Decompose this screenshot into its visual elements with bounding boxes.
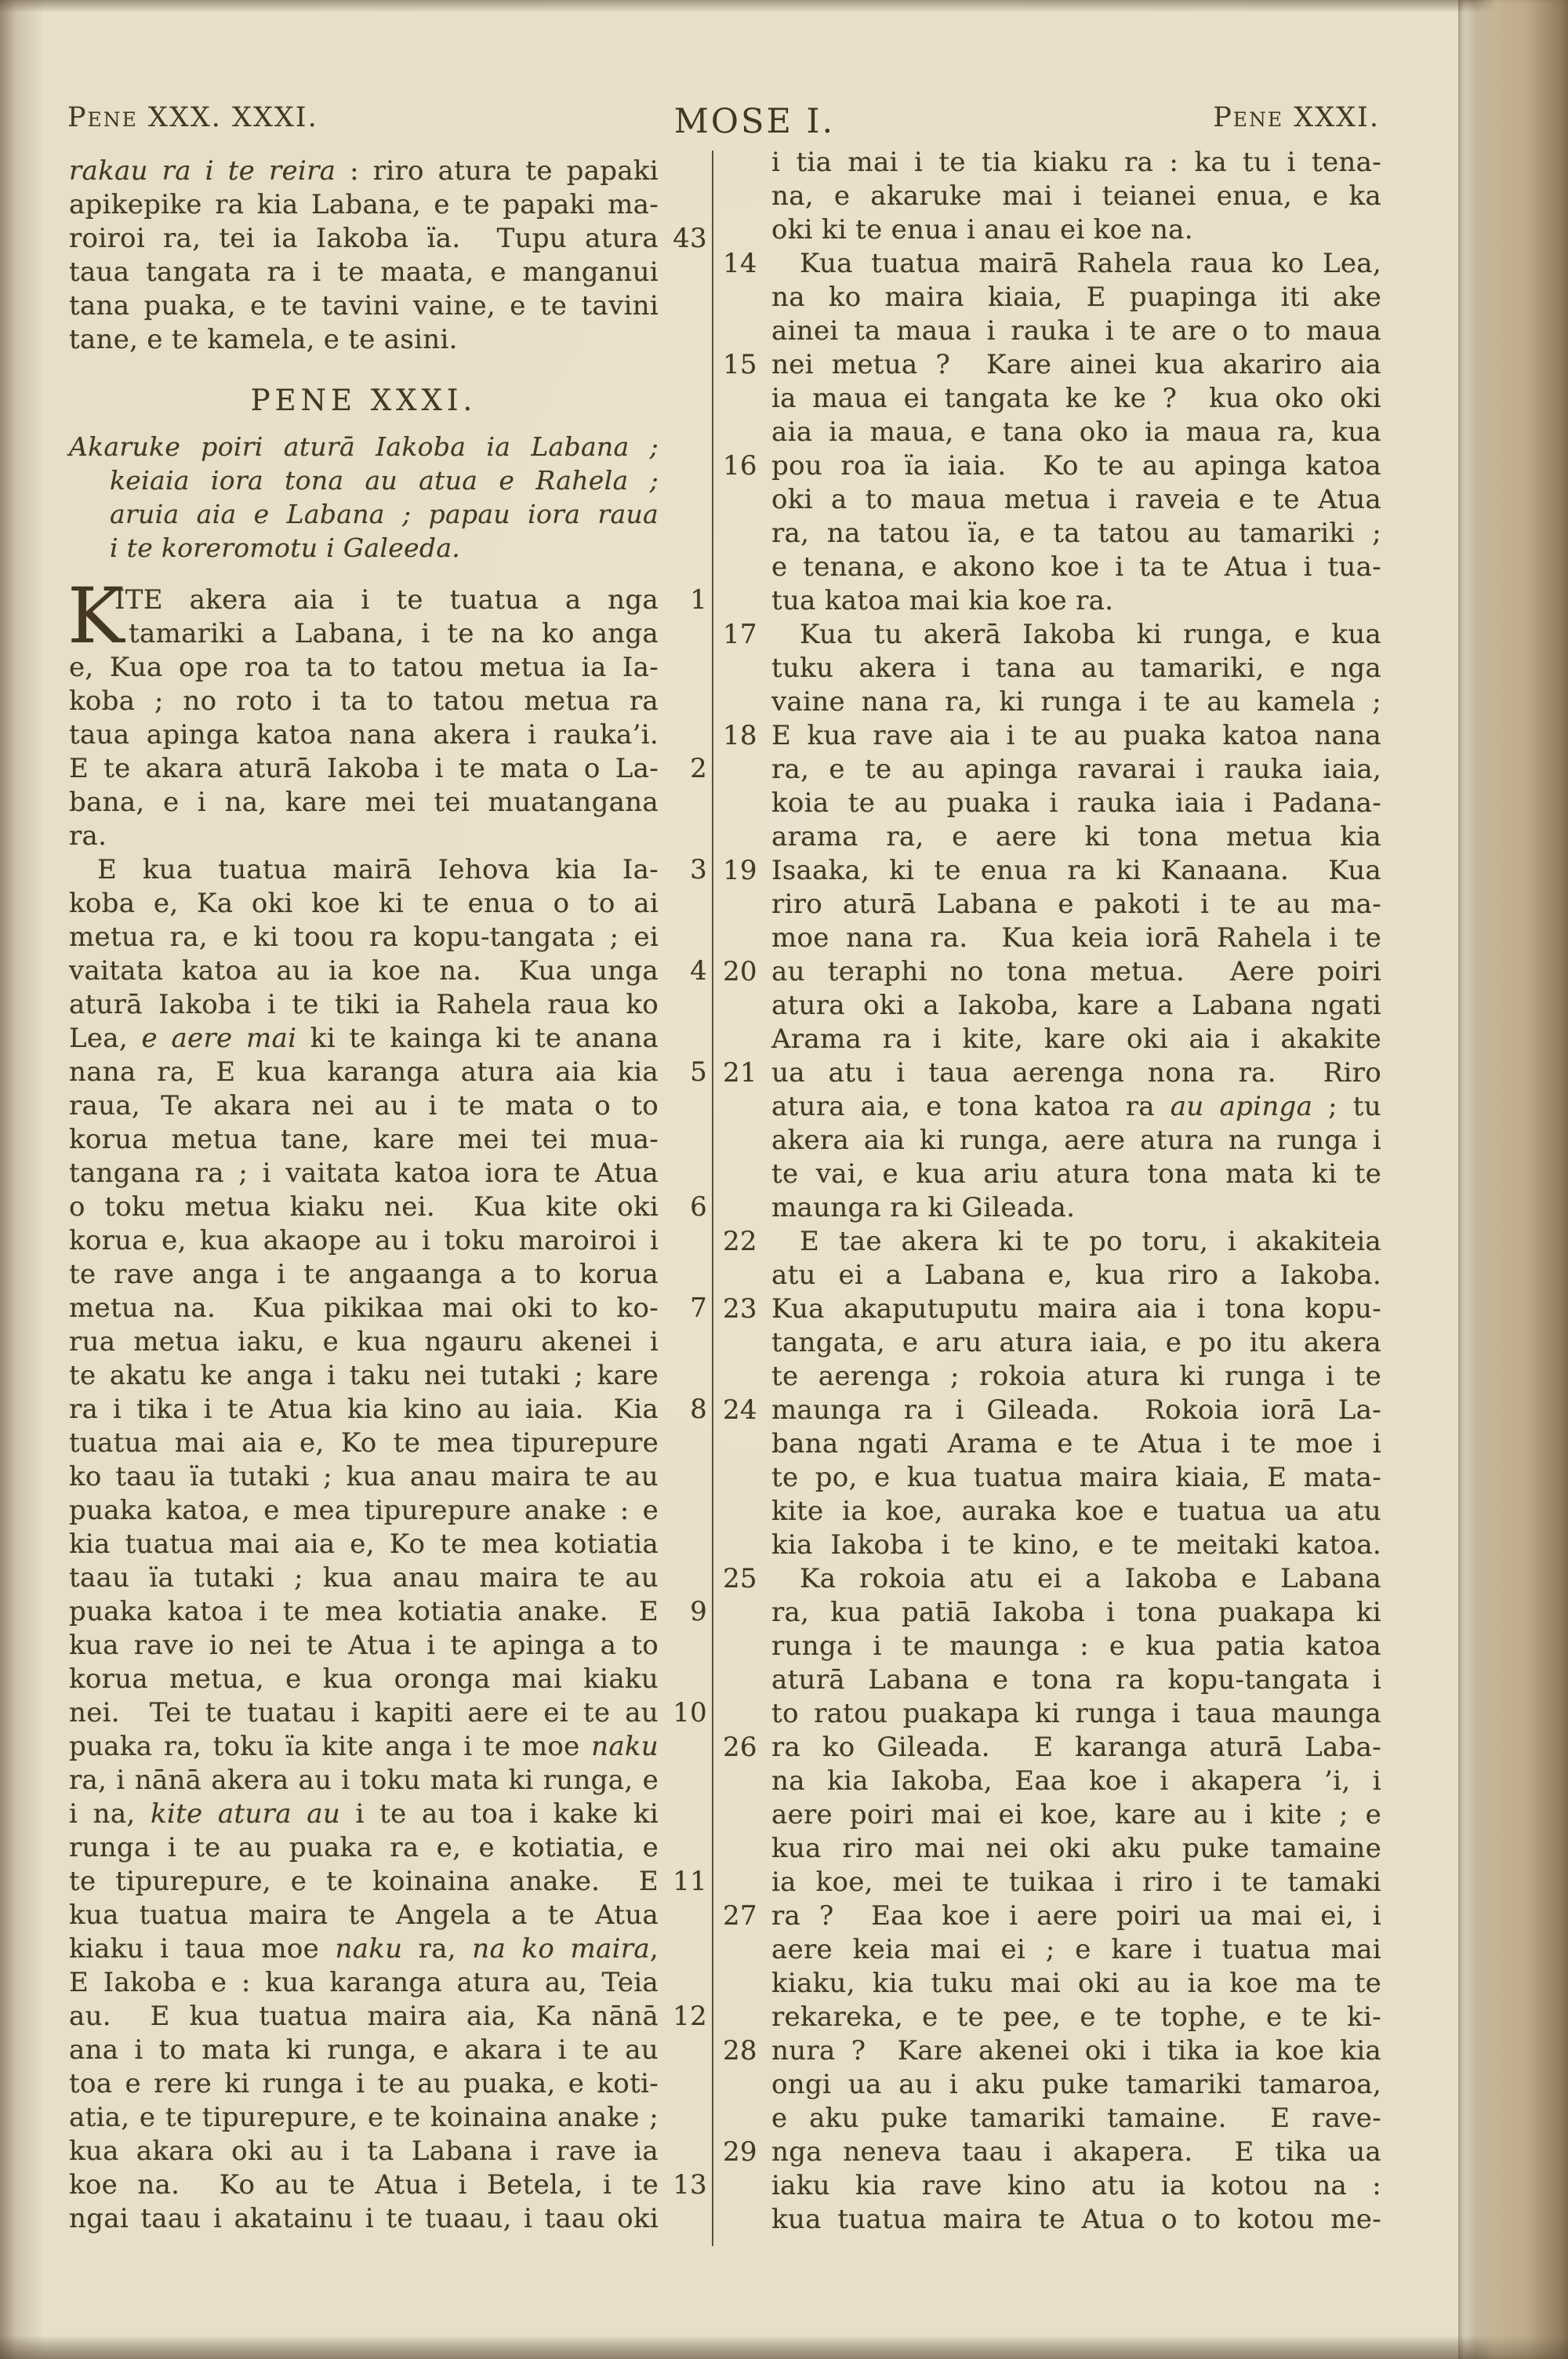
text-line: aere keia mai ei ; e kare i tuatua mai [720, 1933, 1381, 1967]
line-text: tangana ra ; i vaitata katoa iora te Atu… [69, 1157, 659, 1190]
line-text: Kua akaputuputu maira aia i tona kopu- [771, 1292, 1381, 1326]
verse-number: 12 [673, 2000, 707, 2034]
text-line: 28nura ? Kare akenei oki i tika ia koe k… [720, 2034, 1381, 2068]
line-text: e tenana, e akono koe i ta te Atua i tua… [771, 551, 1381, 584]
verse-number: 28 [723, 2034, 757, 2068]
line-text: runga i te maunga : e kua patia katoa [771, 1630, 1381, 1663]
text-line: taau ïa tutaki ; kua anau maira te au [69, 1561, 710, 1595]
text-line: raua, Te akara nei au i te mata o to [69, 1089, 710, 1123]
line-text: Kua tuatua mairā Rahela raua ko Lea, [771, 247, 1381, 281]
line-text: tua katoa mai kia koe ra. [771, 584, 1381, 618]
line-text: au teraphi no tona metua. Aere poiri [771, 955, 1381, 989]
text-line: kua riro mai nei oki aku puke tamaine [720, 1832, 1381, 1866]
text-line: ia maua ei tangata ke ke ? kua oko oki [720, 382, 1381, 416]
text-line: 18E kua rave aia i te au puaka katoa nan… [720, 719, 1381, 753]
text-line: oki ki te enua i anau ei koe na. [720, 213, 1381, 247]
text-line: atura oki a Iakoba, kare a Labana ngati [720, 989, 1381, 1023]
line-text: koba e, Ka oki koe ki te enua o to ai [69, 887, 659, 921]
line-text: ra ? Eaa koe i aere poiri ua mai ei, i [771, 1899, 1381, 1933]
verse-number: 13 [673, 2168, 707, 2202]
text-line: 6o toku metua kiaku nei. Kua kite oki [69, 1190, 710, 1224]
line-text: ra i tika i te Atua kia kino au iaia. Ki… [69, 1393, 659, 1427]
text-line: 21ua atu i taua aerenga nona ra. Riro [720, 1056, 1381, 1090]
line-text: i na, kite atura au i te au toa i kake k… [69, 1797, 659, 1831]
line-text: Kua tu akerā Iakoba ki runga, e kua [771, 618, 1381, 652]
text-line: aruia aia e Labana ; papau iora raua [69, 497, 710, 531]
verse-number: 16 [723, 449, 757, 483]
line-text: keiaia iora tona au atua e Rahela ; [69, 463, 659, 497]
verse-number: 8 [690, 1393, 707, 1427]
line-text: ana i to mata ki runga, e akara i te au [69, 2034, 659, 2067]
line-text: kiaku i taua moe naku ra, na ko maira, [69, 1932, 659, 1966]
verse-number: 19 [723, 854, 757, 888]
text-line: ra, kua patiā Iakoba i tona puakapa ki [720, 1596, 1381, 1630]
text-line: kua tuatua maira te Angela a te Atua [69, 1899, 710, 1932]
text-line: kiaku i taua moe naku ra, na ko maira, [69, 1932, 710, 1966]
line-text: Arama ra i kite, kare oki aia i akakite [771, 1023, 1381, 1056]
text-line: na, e akaruke mai i teianei enua, e ka [720, 180, 1381, 213]
line-text: ainei ta maua i rauka i te are o to maua [771, 314, 1381, 348]
verse-number: 11 [673, 1865, 707, 1899]
text-line: 22E tae akera ki te po toru, i akakiteia [720, 1225, 1381, 1259]
text-line: korua metua tane, kare mei tei mua- [69, 1123, 710, 1157]
line-text: tuatua mai aia e, Ko te mea tipurepure [69, 1427, 659, 1460]
text-line: bana ngati Arama e te Atua i te moe i [720, 1427, 1381, 1461]
left-text-column: rakau ra i te reira : riro atura te papa… [69, 154, 710, 2236]
verse-number: 43 [673, 222, 707, 256]
text-line: 4vaitata katoa au ia koe na. Kua unga [69, 954, 710, 988]
book-page-scan: Pene XXX. XXXI. MOSE I. Pene XXXI. rakau… [0, 0, 1568, 2359]
line-text: tangata, e aru atura iaia, e po itu aker… [771, 1326, 1381, 1360]
text-line: 19Isaaka, ki te enua ra ki Kanaana. Kua [720, 854, 1381, 888]
text-line: riro aturā Labana e pakoti i te au ma- [720, 888, 1381, 921]
text-line: na ko maira kiaia, E puapinga iti ake [720, 281, 1381, 314]
line-text: ITE akera aia i te tuatua a nga [69, 583, 659, 617]
line-text: kiaku, kia tuku mai oki au ia koe ma te [771, 1967, 1381, 2001]
line-text: ra, na tatou ïa, e ta tatou au tamariki … [771, 517, 1381, 551]
line-text: Ka rokoia atu ei a Iakoba e Labana [771, 1562, 1381, 1596]
text-line: te akatu ke anga i taku nei tutaki ; kar… [69, 1359, 710, 1393]
column-divider-rule [712, 151, 713, 2246]
text-line: kua rave io nei te Atua i te apinga a to [69, 1629, 710, 1663]
text-line: kia tuatua mai aia e, Ko te mea kotiatia [69, 1528, 710, 1561]
verse-number: 20 [723, 955, 757, 989]
text-line: ra. [69, 820, 710, 853]
text-line: atu ei a Labana e, kua riro a Iakoba. [720, 1259, 1381, 1292]
text-line: puaka ra, toku ïa kite anga i te moe nak… [69, 1730, 710, 1764]
verse-number: 17 [723, 618, 757, 652]
line-text: nga neneva taau i akapera. E tika ua [771, 2135, 1381, 2169]
text-line: tuku akera i tana au tamariki, e nga [720, 652, 1381, 685]
line-text: e, Kua ope roa ta to tatou metua ia Ia- [69, 651, 659, 685]
text-line: e aku puke tamariki tamaine. E rave- [720, 2102, 1381, 2135]
line-text: puaka ra, toku ïa kite anga i te moe nak… [69, 1730, 659, 1764]
line-text: ngai taau i akatainu i te tuaau, i taau … [69, 2202, 659, 2236]
line-text: E tae akera ki te po toru, i akakiteia [771, 1225, 1381, 1259]
verse-number: 7 [690, 1292, 707, 1325]
line-text: arama ra, e aere ki tona metua kia [771, 820, 1381, 854]
text-line: tangana ra ; i vaitata katoa iora te Atu… [69, 1157, 710, 1190]
line-text: puaka katoa, e mea tipurepure anake : e [69, 1494, 659, 1528]
text-line: keiaia iora tona au atua e Rahela ; [69, 463, 710, 497]
text-line: Akaruke poiri aturā Iakoba ia Labana ; [69, 430, 710, 463]
line-text: rekareka, e te pee, e te tophe, e te ki- [771, 2001, 1381, 2034]
text-line: te vai, e kua ariu atura tona mata ki te [720, 1158, 1381, 1191]
text-line: kite ia koe, auraka koe e tuatua ua atu [720, 1495, 1381, 1528]
text-line: korua metua, e kua oronga mai kiaku [69, 1663, 710, 1696]
text-line: 13koe na. Ko au te Atua i Betela, i te [69, 2168, 710, 2202]
line-text: ra ko Gileada. E karanga aturā Laba- [771, 1731, 1381, 1765]
text-line: tane, e te kamela, e te asini. [69, 323, 710, 357]
line-text: te tipurepure, e te koinaina anake. E [69, 1865, 659, 1899]
text-line: toa e rere ki runga i te au puaka, e kot… [69, 2067, 710, 2101]
verse-number: 27 [723, 1899, 757, 1933]
verse-number: 5 [690, 1056, 707, 1089]
line-text: nana ra, E kua karanga atura aia kia [69, 1056, 659, 1089]
text-line: aturā Iakoba i te tiki ia Rahela raua ko [69, 988, 710, 1022]
text-line: 1KITE akera aia i te tuatua a nga [69, 583, 710, 617]
verse-number: 25 [723, 1562, 757, 1596]
text-line: aia ia maua, e tana oko ia maua ra, kua [720, 416, 1381, 449]
text-line: tana puaka, e te tavini vaine, e te tavi… [69, 289, 710, 323]
line-text: Akaruke poiri aturā Iakoba ia Labana ; [69, 430, 659, 463]
line-text: aruia aia e Labana ; papau iora raua [69, 497, 659, 531]
text-line: e tenana, e akono koe i ta te Atua i tua… [720, 551, 1381, 584]
line-text: PENE XXXI. [69, 383, 659, 417]
text-line: korua e, kua akaope au i toku maroiroi i [69, 1224, 710, 1258]
line-text: nei. Tei te tuatau i kapiti aere ei te a… [69, 1696, 659, 1730]
line-text: na, e akaruke mai i teianei enua, e ka [771, 180, 1381, 213]
line-text: ra. [69, 820, 659, 853]
line-text: runga i te au puaka ra e, e kotiatia, e [69, 1831, 659, 1865]
line-text: te aerenga ; rokoia atura ki runga i te [771, 1360, 1381, 1394]
verse-number: 23 [723, 1292, 757, 1326]
line-text: ra, kua patiā Iakoba i tona puakapa ki [771, 1596, 1381, 1630]
text-line: 5nana ra, E kua karanga atura aia kia [69, 1056, 710, 1089]
line-text: moe nana ra. Kua keia iorā Rahela i te [771, 921, 1381, 955]
text-line: 43roiroi ra, tei ia Iakoba ïa. Tupu atur… [69, 222, 710, 256]
verse-number: 18 [723, 719, 757, 753]
text-line: ko taau ïa tutaki ; kua anau maira te au [69, 1460, 710, 1494]
line-text: e aku puke tamariki tamaine. E rave- [771, 2102, 1381, 2135]
line-text: aturā Iakoba i te tiki ia Rahela raua ko [69, 988, 659, 1022]
text-line: rua metua iaku, e kua ngauru akenei i [69, 1325, 710, 1359]
text-line: 29nga neneva taau i akapera. E tika ua [720, 2135, 1381, 2169]
line-text: metua ra, e ki toou ra kopu-tangata ; ei [69, 921, 659, 954]
text-line: 20au teraphi no tona metua. Aere poiri [720, 955, 1381, 989]
line-text: kua tuatua maira te Angela a te Atua [69, 1899, 659, 1932]
line-text: akera aia ki runga, aere atura na runga … [771, 1124, 1381, 1158]
line-text: riro aturā Labana e pakoti i te au ma- [771, 888, 1381, 921]
verse-number: 9 [690, 1595, 707, 1629]
text-line: koia te au puaka i rauka iaia i Padana- [720, 787, 1381, 820]
text-line: kiaku, kia tuku mai oki au ia koe ma te [720, 1967, 1381, 2001]
line-text: te akatu ke anga i taku nei tutaki ; kar… [69, 1359, 659, 1393]
line-text: maunga ra i Gileada. Rokoia iorā La- [771, 1394, 1381, 1427]
line-text: Isaaka, ki te enua ra ki Kanaana. Kua [771, 854, 1381, 888]
line-text: tane, e te kamela, e te asini. [69, 323, 659, 357]
text-line: 25Ka rokoia atu ei a Iakoba e Labana [720, 1562, 1381, 1596]
line-text: ua atu i taua aerenga nona ra. Riro [771, 1056, 1381, 1090]
line-text: to ratou puakapa ki runga i taua maunga [771, 1697, 1381, 1731]
text-line: 16pou roa ïa iaia. Ko te au apinga katoa [720, 449, 1381, 483]
text-line: metua ra, e ki toou ra kopu-tangata ; ei [69, 921, 710, 954]
line-text: pou roa ïa iaia. Ko te au apinga katoa [771, 449, 1381, 483]
line-text: bana, e i na, kare mei tei muatangana [69, 786, 659, 820]
verse-number: 21 [723, 1056, 757, 1090]
line-text: E kua rave aia i te au puaka katoa nana [771, 719, 1381, 753]
text-line: 27ra ? Eaa koe i aere poiri ua mai ei, i [720, 1899, 1381, 1933]
line-text: ra, e te au apinga ravarai i rauka iaia, [771, 753, 1381, 787]
text-line: te po, e kua tuatua maira kiaia, E mata- [720, 1461, 1381, 1495]
text-line: ra, na tatou ïa, e ta tatou au tamariki … [720, 517, 1381, 551]
text-line: 10nei. Tei te tuatau i kapiti aere ei te… [69, 1696, 710, 1730]
line-text: ongi ua au i aku puke tamariki tamaroa, [771, 2068, 1381, 2102]
line-text: roiroi ra, tei ia Iakoba ïa. Tupu atura [69, 222, 659, 256]
line-text: au. E kua tuatua maira aia, Ka nānā [69, 2000, 659, 2034]
text-line: 3E kua tuatua mairā Iehova kia Ia- [69, 853, 710, 887]
text-line: atura aia, e tona katoa ra au apinga ; t… [720, 1090, 1381, 1124]
line-text: bana ngati Arama e te Atua i te moe i [771, 1427, 1381, 1461]
verse-number: 6 [690, 1190, 707, 1224]
text-line: 8ra i tika i te Atua kia kino au iaia. K… [69, 1393, 710, 1427]
verse-number: 2 [690, 752, 707, 786]
line-text: Lea, e aere mai ki te kainga ki te anana [69, 1022, 659, 1056]
text-line: to ratou puakapa ki runga i taua maunga [720, 1697, 1381, 1731]
text-line: 2E te akara aturā Iakoba i te mata o La- [69, 752, 710, 786]
line-text: vaitata katoa au ia koe na. Kua unga [69, 954, 659, 988]
line-text: nei metua ? Kare ainei kua akariro aia [771, 348, 1381, 382]
verse-number: 22 [723, 1225, 757, 1259]
line-text: kua riro mai nei oki aku puke tamaine [771, 1832, 1381, 1866]
line-text: ia koe, mei te tuikaa i riro i te tamaki [771, 1866, 1381, 1899]
line-text: ia maua ei tangata ke ke ? kua oko oki [771, 382, 1381, 416]
line-text: metua na. Kua pikikaa mai oki to ko- [69, 1292, 659, 1325]
line-text: koia te au puaka i rauka iaia i Padana- [771, 787, 1381, 820]
text-line: 7metua na. Kua pikikaa mai oki to ko- [69, 1292, 710, 1325]
text-line: tangata, e aru atura iaia, e po itu aker… [720, 1326, 1381, 1360]
text-line: iaku kia rave kino atu ia kotou na : [720, 2169, 1381, 2203]
line-text: E Iakoba e : kua karanga atura au, Teia [69, 1966, 659, 2000]
line-text: puaka katoa i te mea kotiatia anake. E [69, 1595, 659, 1629]
text-line: apikepike ra kia Labana, e te papaki ma- [69, 188, 710, 222]
line-text: tuku akera i tana au tamariki, e nga [771, 652, 1381, 685]
text-line: taua tangata ra i te maata, e manganui [69, 256, 710, 289]
text-line: 26ra ko Gileada. E karanga aturā Laba- [720, 1731, 1381, 1765]
text-line: rekareka, e te pee, e te tophe, e te ki- [720, 2001, 1381, 2034]
text-line: 9puaka katoa i te mea kotiatia anake. E [69, 1595, 710, 1629]
text-line: 14Kua tuatua mairā Rahela raua ko Lea, [720, 247, 1381, 281]
verse-number: 24 [723, 1394, 757, 1427]
text-line: te aerenga ; rokoia atura ki runga i te [720, 1360, 1381, 1394]
verse-number: 15 [723, 348, 757, 382]
line-text: apikepike ra kia Labana, e te papaki ma- [69, 188, 659, 222]
verse-number: 14 [723, 247, 757, 281]
page-edge-bottom [0, 2335, 1568, 2359]
line-text: ko taau ïa tutaki ; kua anau maira te au [69, 1460, 659, 1494]
text-line: bana, e i na, kare mei tei muatangana [69, 786, 710, 820]
text-line: i na, kite atura au i te au toa i kake k… [69, 1797, 710, 1831]
line-text: taua tangata ra i te maata, e manganui [69, 256, 659, 289]
line-text: E kua tuatua mairā Iehova kia Ia- [69, 853, 659, 887]
text-line: rakau ra i te reira : riro atura te papa… [69, 154, 710, 188]
text-line: puaka katoa, e mea tipurepure anake : e [69, 1494, 710, 1528]
text-line: maunga ra ki Gileada. [720, 1191, 1381, 1225]
text-line: oki a to maua metua i raveia e te Atua [720, 483, 1381, 517]
line-text: kia tuatua mai aia e, Ko te mea kotiatia [69, 1528, 659, 1561]
running-head-right: Pene XXXI. [67, 102, 1380, 133]
line-text: atura aia, e tona katoa ra au apinga ; t… [771, 1090, 1381, 1124]
text-line: te rave anga i te angaanga a to korua [69, 1258, 710, 1292]
right-text-column: i tia mai i te tia kiaku ra : ka tu i te… [720, 146, 1381, 2237]
text-line: i te koreromotu i Galeeda. [69, 531, 710, 565]
line-text: i te koreromotu i Galeeda. [69, 531, 659, 565]
line-text: korua metua tane, kare mei tei mua- [69, 1123, 659, 1157]
text-line: tamariki a Labana, i te na ko anga [69, 617, 710, 651]
text-line: tuatua mai aia e, Ko te mea tipurepure [69, 1427, 710, 1460]
line-text: aere keia mai ei ; e kare i tuatua mai [771, 1933, 1381, 1967]
line-text: na kia Iakoba, Eaa koe i akapera ’i, i [771, 1765, 1381, 1798]
text-line: na kia Iakoba, Eaa koe i akapera ’i, i [720, 1765, 1381, 1798]
line-text: te vai, e kua ariu atura tona mata ki te [771, 1158, 1381, 1191]
text-line: arama ra, e aere ki tona metua kia [720, 820, 1381, 854]
line-text: oki ki te enua i anau ei koe na. [771, 213, 1381, 247]
line-text: na ko maira kiaia, E puapinga iti ake [771, 281, 1381, 314]
text-line: ongi ua au i aku puke tamariki tamaroa, [720, 2068, 1381, 2102]
text-line: kua akara oki au i ta Labana i rave ia [69, 2135, 710, 2168]
text-line: vaine nana ra, ki runga i te au kamela ; [720, 685, 1381, 719]
text-line: runga i te maunga : e kua patia katoa [720, 1630, 1381, 1663]
verse-number: 3 [690, 853, 707, 887]
text-line: aere poiri mai ei koe, kare au i kite ; … [720, 1798, 1381, 1832]
line-text: kua tuatua maira te Atua o to kotou me- [771, 2203, 1381, 2237]
text-line: kua tuatua maira te Atua o to kotou me- [720, 2203, 1381, 2237]
text-line: taua apinga katoa nana akera i rauka’i. [69, 718, 710, 752]
text-line: 11te tipurepure, e te koinaina anake. E [69, 1865, 710, 1899]
line-text: aturā Labana e tona ra kopu-tangata i [771, 1663, 1381, 1697]
text-line: atia, e te tipurepure, e te koinaina ana… [69, 2101, 710, 2135]
text-line: ia koe, mei te tuikaa i riro i te tamaki [720, 1866, 1381, 1899]
verse-number: 10 [673, 1696, 707, 1730]
text-line: i tia mai i te tia kiaku ra : ka tu i te… [720, 146, 1381, 180]
line-text: te po, e kua tuatua maira kiaia, E mata- [771, 1461, 1381, 1495]
line-text: oki a to maua metua i raveia e te Atua [771, 483, 1381, 517]
text-line: ra, i nānā akera au i toku mata ki runga… [69, 1764, 710, 1797]
verse-number: 29 [723, 2135, 757, 2169]
line-text: kite ia koe, auraka koe e tuatua ua atu [771, 1495, 1381, 1528]
text-line: 12au. E kua tuatua maira aia, Ka nānā [69, 2000, 710, 2034]
text-line: E Iakoba e : kua karanga atura au, Teia [69, 1966, 710, 2000]
line-text: rua metua iaku, e kua ngauru akenei i [69, 1325, 659, 1359]
line-text: kua rave io nei te Atua i te apinga a to [69, 1629, 659, 1663]
text-line: runga i te au puaka ra e, e kotiatia, e [69, 1831, 710, 1865]
verse-number: 1 [690, 583, 707, 617]
text-line: Arama ra i kite, kare oki aia i akakite [720, 1023, 1381, 1056]
line-text: aia ia maua, e tana oko ia maua ra, kua [771, 416, 1381, 449]
text-line: 17Kua tu akerā Iakoba ki runga, e kua [720, 618, 1381, 652]
line-text: koe na. Ko au te Atua i Betela, i te [69, 2168, 659, 2202]
text-line: 23Kua akaputuputu maira aia i tona kopu- [720, 1292, 1381, 1326]
line-text: atu ei a Labana e, kua riro a Iakoba. [771, 1259, 1381, 1292]
line-text: iaku kia rave kino atu ia kotou na : [771, 2169, 1381, 2203]
line-text: koba ; no roto i ta to tatou metua ra [69, 685, 659, 718]
line-text: kia Iakoba i te kino, e te meitaki katoa… [771, 1528, 1381, 1562]
line-text: o toku metua kiaku nei. Kua kite oki [69, 1190, 659, 1224]
line-text: vaine nana ra, ki runga i te au kamela ; [771, 685, 1381, 719]
text-line: Lea, e aere mai ki te kainga ki te anana [69, 1022, 710, 1056]
verse-number: 4 [690, 954, 707, 988]
line-text: nura ? Kare akenei oki i tika ia koe kia [771, 2034, 1381, 2068]
chapter-heading: PENE XXXI. [69, 383, 710, 417]
text-line: moe nana ra. Kua keia iorā Rahela i te [720, 921, 1381, 955]
line-text: raua, Te akara nei au i te mata o to [69, 1089, 659, 1123]
line-text: tamariki a Labana, i te na ko anga [69, 617, 659, 651]
line-text: korua metua, e kua oronga mai kiaku [69, 1663, 659, 1696]
text-line: akera aia ki runga, aere atura na runga … [720, 1124, 1381, 1158]
page-edge-right [1458, 0, 1568, 2359]
line-text: maunga ra ki Gileada. [771, 1191, 1381, 1225]
line-text: E te akara aturā Iakoba i te mata o La- [69, 752, 659, 786]
line-text: korua e, kua akaope au i toku maroiroi i [69, 1224, 659, 1258]
text-line: ana i to mata ki runga, e akara i te au [69, 2034, 710, 2067]
text-line: kia Iakoba i te kino, e te meitaki katoa… [720, 1528, 1381, 1562]
text-line: 15nei metua ? Kare ainei kua akariro aia [720, 348, 1381, 382]
line-text: taau ïa tutaki ; kua anau maira te au [69, 1561, 659, 1595]
text-line: ainei ta maua i rauka i te are o to maua [720, 314, 1381, 348]
line-text: toa e rere ki runga i te au puaka, e kot… [69, 2067, 659, 2101]
line-text: ra, i nānā akera au i toku mata ki runga… [69, 1764, 659, 1797]
text-line: tua katoa mai kia koe ra. [720, 584, 1381, 618]
text-line: aturā Labana e tona ra kopu-tangata i [720, 1663, 1381, 1697]
text-line: koba ; no roto i ta to tatou metua ra [69, 685, 710, 718]
line-text: atia, e te tipurepure, e te koinaina ana… [69, 2101, 659, 2135]
line-text: te rave anga i te angaanga a to korua [69, 1258, 659, 1292]
verse-number: 26 [723, 1731, 757, 1765]
text-line: 24maunga ra i Gileada. Rokoia iorā La- [720, 1394, 1381, 1427]
line-text: aere poiri mai ei koe, kare au i kite ; … [771, 1798, 1381, 1832]
text-line: e, Kua ope roa ta to tatou metua ia Ia- [69, 651, 710, 685]
line-text: i tia mai i te tia kiaku ra : ka tu i te… [771, 146, 1381, 180]
line-text: kua akara oki au i ta Labana i rave ia [69, 2135, 659, 2168]
line-text: taua apinga katoa nana akera i rauka’i. [69, 718, 659, 752]
line-text: atura oki a Iakoba, kare a Labana ngati [771, 989, 1381, 1023]
line-text: rakau ra i te reira : riro atura te papa… [69, 154, 659, 188]
text-line: ra, e te au apinga ravarai i rauka iaia, [720, 753, 1381, 787]
line-text: tana puaka, e te tavini vaine, e te tavi… [69, 289, 659, 323]
text-line: ngai taau i akatainu i te tuaau, i taau … [69, 2202, 710, 2236]
text-line: koba e, Ka oki koe ki te enua o to ai [69, 887, 710, 921]
